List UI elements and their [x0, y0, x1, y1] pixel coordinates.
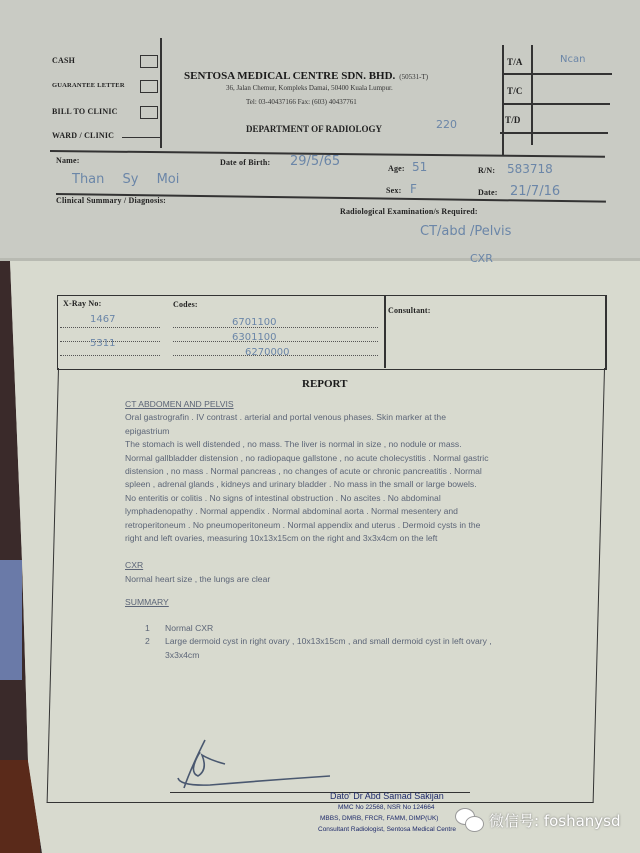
background-fabric	[0, 560, 22, 680]
dob-label: Date of Birth:	[220, 158, 270, 167]
code-value: 6270000	[245, 347, 290, 358]
code-value: 6701100	[232, 317, 277, 328]
watermark: 微信号: foshanysd	[455, 808, 621, 832]
rn-value: 583718	[507, 162, 553, 176]
consultant-label: Consultant:	[388, 306, 431, 315]
hospital-contact: Tel: 03-40437166 Fax: (603) 40437761	[246, 98, 357, 106]
divider	[384, 296, 386, 368]
signer-credential-1: MMC No 22568, NSR No 124664	[338, 804, 434, 811]
xray-no-label: X-Ray No:	[63, 299, 101, 308]
summary-section-title: SUMMARY	[125, 596, 595, 609]
sex-value: F	[410, 182, 417, 196]
exam-required-value: CT/abd /Pelvis	[420, 224, 511, 239]
exam-required-label: Radiological Examination/s Required:	[340, 207, 478, 216]
report-body: CT ABDOMEN AND PELVIS Oral gastrografin …	[125, 398, 595, 662]
ward-clinic-line	[122, 137, 162, 138]
age-label: Age:	[388, 164, 405, 173]
summary-list: 1Normal CXR 2Large dermoid cyst in right…	[125, 622, 595, 662]
guarantee-letter-checkbox[interactable]	[140, 80, 158, 93]
divider	[502, 73, 612, 75]
summary-item: 3x3x4cm	[145, 649, 595, 662]
report-line: Oral gastrografin . IV contrast . arteri…	[125, 411, 595, 424]
clinical-summary-label: Clinical Summary / Diagnosis:	[56, 196, 166, 205]
date-value: 21/7/16	[510, 184, 560, 199]
signer-name: Dato' Dr Abd Samad Sakijan	[330, 791, 444, 801]
divider	[500, 132, 608, 134]
payment-option-label: WARD / CLINIC	[52, 131, 114, 140]
signature-scribble	[170, 730, 330, 790]
bill-to-clinic-checkbox[interactable]	[140, 106, 158, 119]
wechat-icon	[455, 808, 483, 832]
ct-section-title: CT ABDOMEN AND PELVIS	[125, 398, 595, 411]
hospital-reg-no: (50531-T)	[399, 73, 428, 81]
hospital-header: SENTOSA MEDICAL CENTRE SDN. BHD. (50531-…	[184, 66, 484, 84]
summary-item: 2Large dermoid cyst in right ovary , 10x…	[145, 635, 595, 648]
cash-checkbox[interactable]	[140, 55, 158, 68]
code-value: 6301100	[232, 332, 277, 343]
department-title: DEPARTMENT OF RADIOLOGY	[246, 124, 382, 134]
cxr-section-title: CXR	[125, 559, 595, 572]
report-line: epigastrium	[125, 425, 595, 438]
signer-credential-2: MBBS, DMRB, FRCR, FAMM, DIMP(UK)	[320, 815, 438, 822]
payment-option-label: BILL TO CLINIC	[52, 107, 118, 116]
ta-value: Ncan	[560, 54, 585, 65]
report-line: right and left ovaries, measuring 10x13x…	[125, 532, 595, 545]
paper-fold	[0, 258, 640, 261]
name-label: Name:	[56, 156, 80, 165]
divider	[502, 45, 504, 155]
hospital-address: 36, Jalan Chemur, Kompleks Damai, 50400 …	[226, 84, 393, 92]
report-line: spleen , adrenal glands , kidneys and ur…	[125, 478, 595, 491]
codes-label: Codes:	[173, 300, 198, 309]
report-line: retroperitoneum . No pneumoperitoneum . …	[125, 519, 595, 532]
exam-required-value-2: CXR	[470, 252, 493, 265]
ta-label: T/A	[507, 57, 523, 67]
divider	[160, 38, 162, 148]
xray-no-value: 1467	[90, 314, 115, 325]
payment-option-label: CASH	[52, 56, 75, 65]
dob-value: 29/5/65	[290, 154, 340, 169]
dotted-line	[60, 355, 160, 356]
report-line: lymphadenopathy . Normal appendix . Norm…	[125, 505, 595, 518]
summary-item: 1Normal CXR	[145, 622, 595, 635]
dotted-line	[60, 327, 160, 328]
rn-label: R/N:	[478, 166, 495, 175]
age-value: 51	[412, 160, 427, 174]
codes-box	[57, 295, 607, 370]
report-line: distension , no mass . Normal pancreas ,…	[125, 465, 595, 478]
patient-name-value: Than Sy Moi	[72, 172, 179, 187]
divider	[531, 45, 533, 145]
cxr-findings: Normal heart size , the lungs are clear	[125, 573, 595, 586]
tc-label: T/C	[507, 86, 523, 96]
report-line: The stomach is well distended , no mass.…	[125, 438, 595, 451]
department-handwritten-note: 220	[436, 118, 457, 131]
date-label: Date:	[478, 188, 498, 197]
report-heading: REPORT	[302, 378, 347, 390]
td-label: T/D	[505, 115, 521, 125]
watermark-text: 微信号: foshanysd	[489, 810, 621, 831]
payment-option-label: GUARANTEE LETTER	[52, 82, 125, 89]
sex-label: Sex:	[386, 186, 401, 195]
hospital-name: SENTOSA MEDICAL CENTRE SDN. BHD.	[184, 70, 395, 82]
signer-credential-3: Consultant Radiologist, Sentosa Medical …	[318, 826, 456, 833]
report-line: No enteritis or colitis . No signs of in…	[125, 492, 595, 505]
ct-findings: Oral gastrografin . IV contrast . arteri…	[125, 411, 595, 545]
xray-no-value: 5311	[90, 338, 115, 349]
report-line: Normal gallbladder distension , no radio…	[125, 452, 595, 465]
divider	[502, 103, 610, 105]
